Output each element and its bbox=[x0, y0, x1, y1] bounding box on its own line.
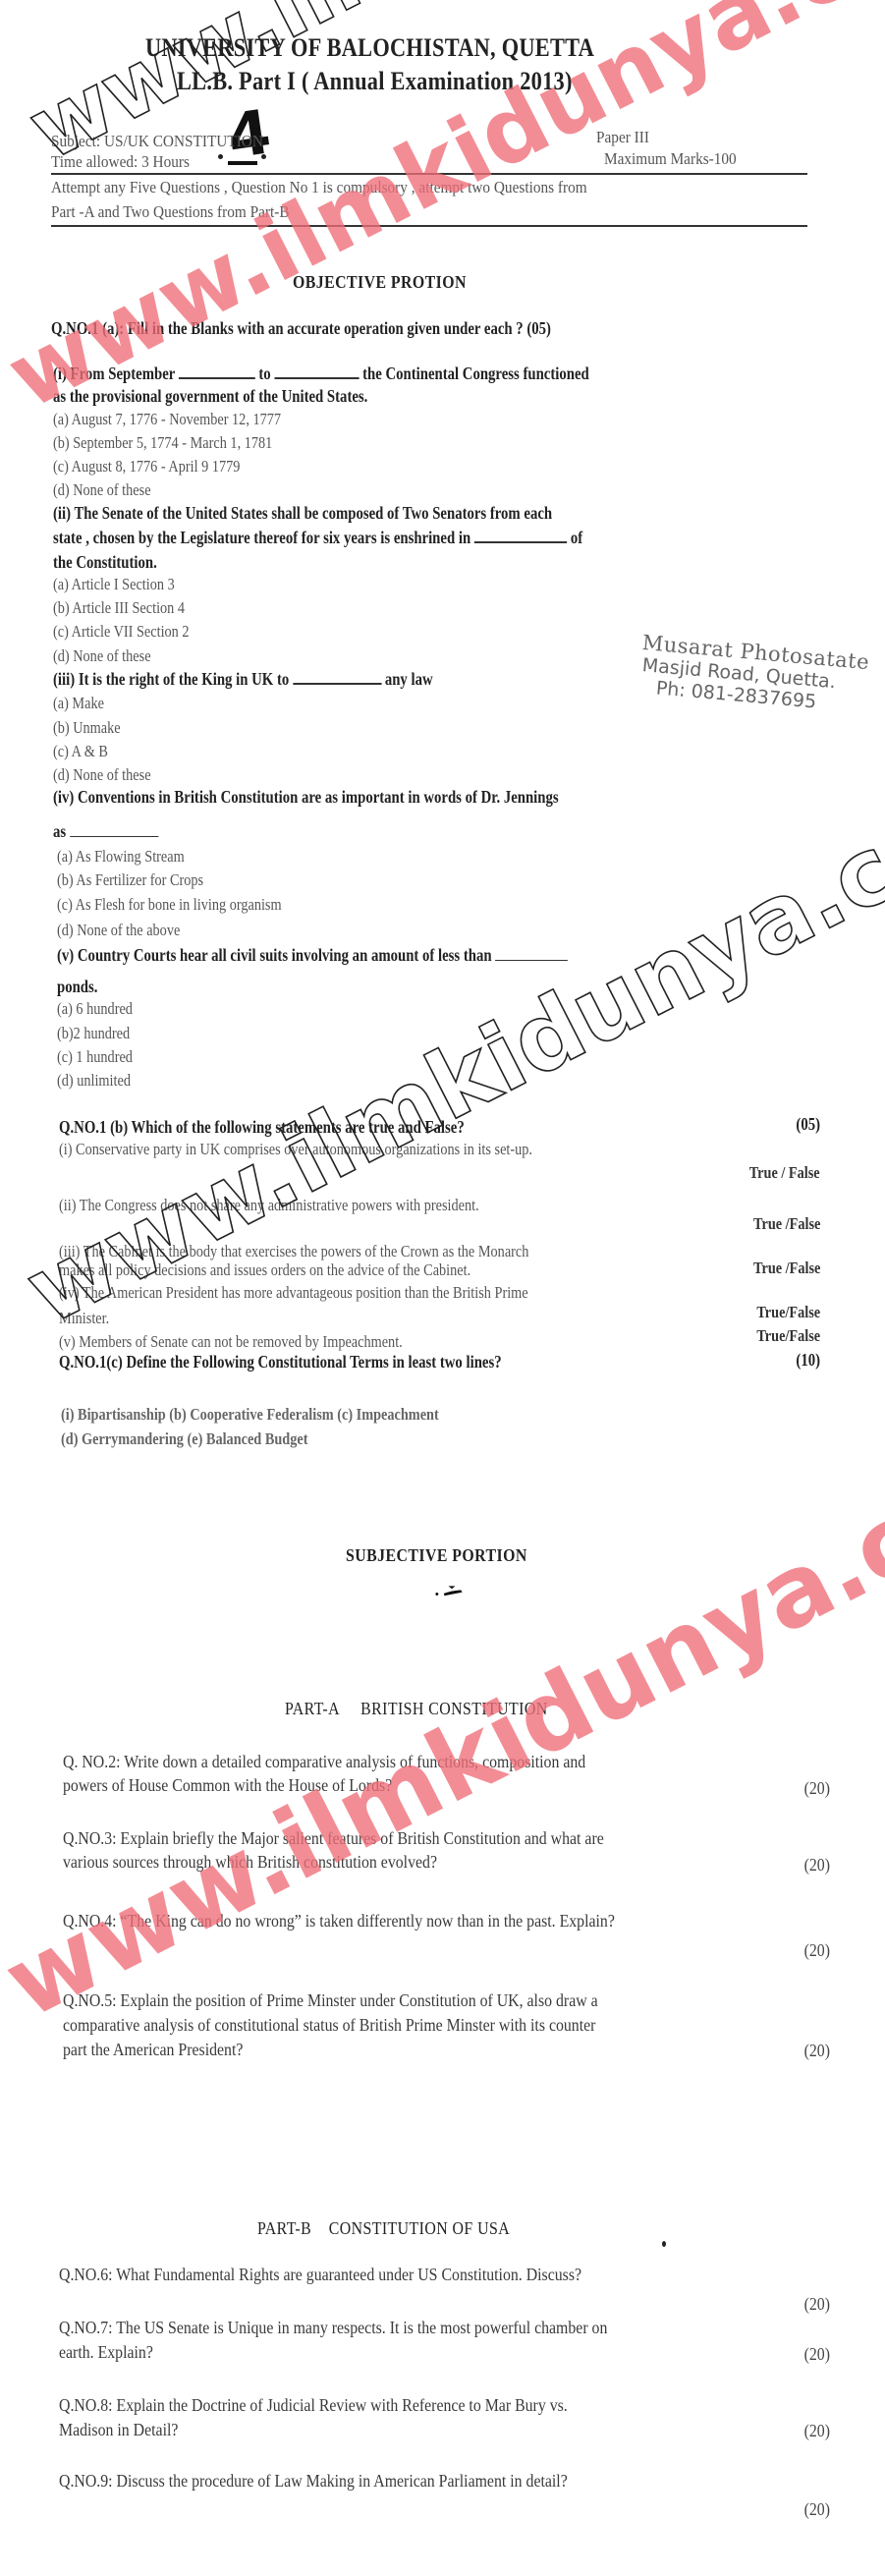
option: (d) None of these bbox=[53, 646, 151, 666]
header-rule-bottom bbox=[51, 225, 807, 227]
question-marks: (20) bbox=[804, 2294, 830, 2315]
q1c-terms-line-1: (i) Bipartisanship (b) Cooperative Feder… bbox=[61, 1405, 439, 1425]
stem-text: (i) From September bbox=[53, 364, 179, 383]
time-allowed: Time allowed: 3 Hours bbox=[51, 152, 190, 172]
subjective-heading: SUBJECTIVE PORTION bbox=[346, 1545, 527, 1566]
option: (d) unlimited bbox=[57, 1071, 131, 1091]
option: (d) None of the above bbox=[57, 921, 180, 940]
q1a-iv-stem: (iv) Conventions in British Constitution… bbox=[53, 787, 559, 808]
shop-stamp: Musarat Photosatate Masjid Road, Quetta.… bbox=[637, 631, 870, 717]
question-marks: (20) bbox=[804, 2344, 830, 2365]
question-line: part the American President? bbox=[63, 2040, 243, 2060]
stem-text: to bbox=[255, 364, 275, 383]
q1a-heading: Q.NO.1 (a): Fill in the Blanks with an a… bbox=[51, 318, 551, 339]
tf-statement-cont: Minister. bbox=[59, 1309, 109, 1328]
question-marks: (20) bbox=[804, 1855, 830, 1876]
fill-blank bbox=[179, 364, 255, 379]
option: (a) August 7, 1776 - November 12, 1777 bbox=[53, 410, 281, 429]
q1a-i-stem: (i) From September to the Continental Co… bbox=[53, 364, 589, 384]
pen-mark-icon bbox=[422, 1584, 481, 1597]
q1a-iv-stem-cont: as bbox=[53, 821, 158, 842]
q1a-i-stem-cont: as the provisional government of the Uni… bbox=[53, 386, 367, 407]
handwritten-dot bbox=[261, 154, 266, 159]
instructions-line-1: Attempt any Five Questions , Question No… bbox=[51, 178, 587, 197]
question-line: Q.NO.7: The US Senate is Unique in many … bbox=[59, 2318, 607, 2338]
tf-answer: True /False bbox=[753, 1214, 820, 1234]
tf-answer: True/False bbox=[756, 1326, 820, 1346]
tf-statement: (iii) The Cabinet is the body that exerc… bbox=[59, 1242, 528, 1261]
question-line: Q. NO.2: Write down a detailed comparati… bbox=[63, 1752, 585, 1772]
q1c-marks: (10) bbox=[796, 1350, 820, 1371]
question-line: Q.NO.4: “The King can do no wrong” is ta… bbox=[63, 1911, 615, 1932]
option: (a) Article I Section 3 bbox=[53, 575, 175, 594]
objective-heading: OBJECTIVE PROTION bbox=[293, 272, 467, 293]
option: (c) Article VII Section 2 bbox=[53, 622, 190, 642]
question-marks: (20) bbox=[804, 2041, 830, 2061]
option: (c) As Flesh for bone in living organism bbox=[57, 895, 282, 915]
part-a-heading: PART-A BRITISH CONSTITUTION bbox=[285, 1699, 548, 1719]
q1b-marks: (05) bbox=[796, 1114, 820, 1135]
question-marks: (20) bbox=[804, 2421, 830, 2441]
fill-blank bbox=[274, 364, 359, 379]
option: (d) None of these bbox=[53, 765, 151, 785]
question-marks: (20) bbox=[804, 1940, 830, 1961]
option: (b) As Fertilizer for Crops bbox=[57, 870, 203, 890]
option: (c) A & B bbox=[53, 742, 108, 761]
q1c-heading: Q.NO.1(c) Define the Following Constitut… bbox=[59, 1352, 502, 1372]
question-marks: (20) bbox=[804, 2499, 830, 2520]
handwritten-dot bbox=[218, 154, 223, 159]
question-line: Madison in Detail? bbox=[59, 2420, 178, 2440]
tf-answer: True / False bbox=[749, 1163, 820, 1183]
question-marks: (20) bbox=[804, 1778, 830, 1799]
tf-statement: (iv) The American President has more adv… bbox=[59, 1283, 528, 1303]
stem-text: any law bbox=[381, 669, 432, 689]
q1a-iii-stem: (iii) It is the right of the King in UK … bbox=[53, 669, 433, 690]
university-title: UNIVERSITY OF BALOCHISTAN, QUETTA bbox=[145, 33, 594, 63]
ink-dot bbox=[662, 2241, 666, 2247]
q1a-ii-stem: (ii) The Senate of the United States sha… bbox=[53, 503, 552, 524]
handwritten-underline bbox=[228, 161, 257, 165]
option: (c) 1 hundred bbox=[57, 1047, 133, 1067]
option: (c) August 8, 1776 - April 9 1779 bbox=[53, 457, 240, 476]
stem-text: (v) Country Courts hear all civil suits … bbox=[57, 945, 495, 965]
question-line: Q.NO.9: Discuss the procedure of Law Mak… bbox=[59, 2471, 568, 2492]
stem-text: as bbox=[53, 821, 70, 841]
tf-statement: (v) Members of Senate can not be removed… bbox=[59, 1332, 403, 1352]
stem-text: the Continental Congress functioned bbox=[359, 364, 588, 383]
option: (a) Make bbox=[53, 694, 104, 713]
tf-statement: (i) Conservative party in UK comprises o… bbox=[59, 1140, 532, 1159]
tf-statement-cont: makes all policy decisions and issues or… bbox=[59, 1260, 470, 1280]
question-line: various sources through which British co… bbox=[63, 1852, 437, 1873]
paper-number: Paper III bbox=[596, 128, 649, 147]
watermark-red-bottom: www.ilmkidunya.com bbox=[0, 1403, 885, 2041]
option: (a) As Flowing Stream bbox=[57, 847, 185, 867]
question-line: Q.NO.5: Explain the position of Prime Mi… bbox=[63, 1990, 598, 2011]
fill-blank bbox=[495, 946, 568, 961]
exam-paper-page: UNIVERSITY OF BALOCHISTAN, QUETTA LL.B. … bbox=[0, 0, 885, 2576]
q1a-v-stem: (v) Country Courts hear all civil suits … bbox=[57, 945, 568, 966]
q1a-v-stem-cont: ponds. bbox=[57, 977, 97, 997]
option: (a) 6 hundred bbox=[57, 999, 133, 1019]
question-line: Q.NO.6: What Fundamental Rights are guar… bbox=[59, 2265, 581, 2285]
q1c-terms-line-2: (d) Gerrymandering (e) Balanced Budget bbox=[61, 1429, 307, 1449]
q1a-ii-stem-cont: state , chosen by the Legislature thereo… bbox=[53, 528, 582, 548]
option: (d) None of these bbox=[53, 480, 151, 500]
tf-answer: True/False bbox=[756, 1303, 820, 1322]
stem-text: (iii) It is the right of the King in UK … bbox=[53, 669, 293, 689]
instructions-line-2: Part -A and Two Questions from Part-B bbox=[51, 202, 290, 222]
max-marks: Maximum Marks-100 bbox=[604, 149, 737, 169]
option: (b) Article III Section 4 bbox=[53, 598, 185, 618]
fill-blank bbox=[474, 528, 567, 543]
tf-answer: True /False bbox=[753, 1259, 820, 1278]
exam-title: LL.B. Part I ( Annual Examination 2013) bbox=[177, 67, 573, 96]
stem-text: of bbox=[567, 528, 582, 547]
part-b-heading: PART-B CONSTITUTION OF USA bbox=[257, 2218, 510, 2239]
question-line: Q.NO.3: Explain briefly the Major salien… bbox=[63, 1828, 604, 1849]
option: (b) September 5, 1774 - March 1, 1781 bbox=[53, 433, 272, 453]
subject-label: Subject: US/UK CONSTITUTION bbox=[51, 132, 263, 151]
stem-text: state , chosen by the Legislature thereo… bbox=[53, 528, 474, 547]
header-rule-top bbox=[51, 173, 807, 175]
question-line: Q.NO.8: Explain the Doctrine of Judicial… bbox=[59, 2395, 568, 2416]
q1a-ii-stem-end: the Constitution. bbox=[53, 552, 157, 573]
fill-blank bbox=[293, 669, 381, 685]
question-line: powers of House Common with the House of… bbox=[63, 1775, 392, 1796]
q1b-heading: Q.NO.1 (b) Which of the following statem… bbox=[59, 1117, 465, 1138]
fill-blank bbox=[70, 822, 158, 837]
question-line: comparative analysis of constitutional s… bbox=[63, 2015, 595, 2036]
tf-statement: (ii) The Congress does not share any adm… bbox=[59, 1196, 479, 1215]
question-line: earth. Explain? bbox=[59, 2342, 153, 2363]
option: (b) Unmake bbox=[53, 718, 121, 738]
option: (b)2 hundred bbox=[57, 1024, 130, 1043]
